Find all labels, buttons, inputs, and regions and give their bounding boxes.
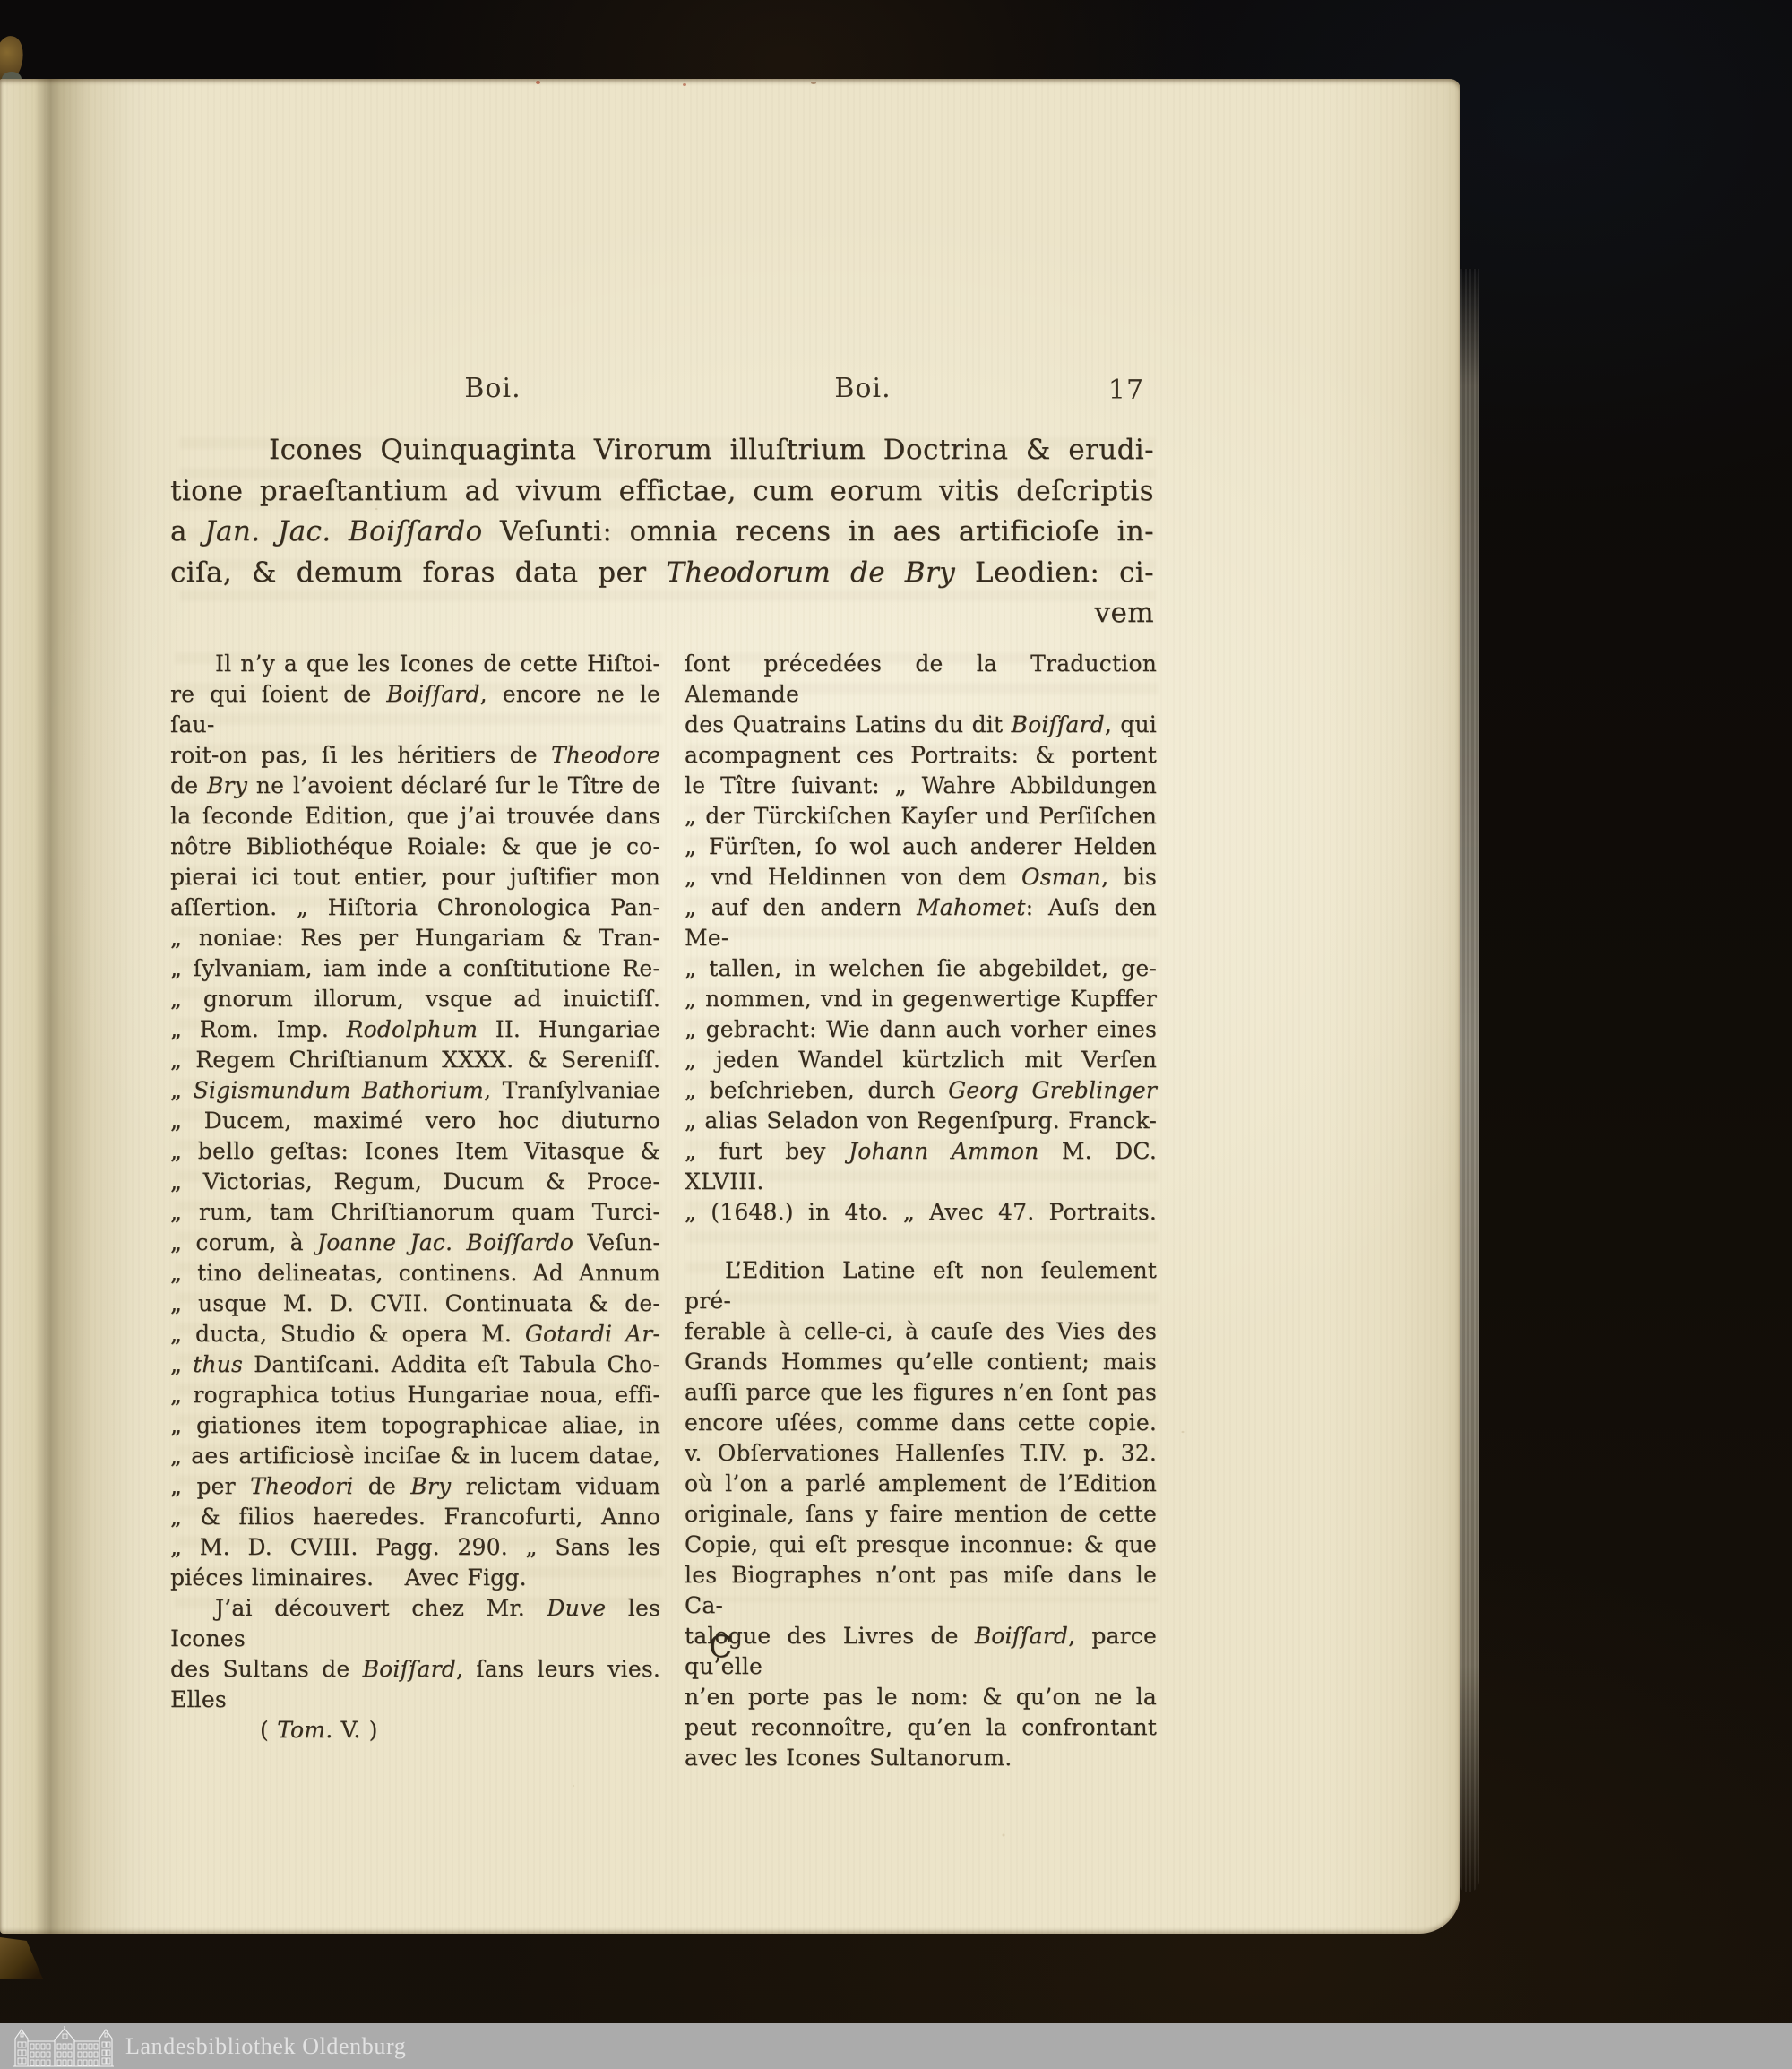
text-line: ferable à celle-ci, à cauſe des Vies des (685, 1316, 1157, 1347)
text-segment: „ der Türckiſchen Kayſer und Perſiſchen (685, 803, 1157, 829)
text-line: „ rographica totius Hungariae noua, effi… (170, 1380, 660, 1410)
text-segment: Mahomet (917, 894, 1026, 920)
text-segment: roit-on pas, ſi les héritiers de (170, 742, 551, 768)
text-segment: n’en porte pas le nom: & qu’on ne la (685, 1684, 1157, 1710)
text-segment: Duve (547, 1595, 606, 1621)
text-line: „ der Türckiſchen Kayſer und Perſiſchen (685, 801, 1157, 832)
text-segment: „ gnorum illorum, vsque ad inuictiſſ. (170, 986, 660, 1012)
catchword: vem (170, 593, 1154, 634)
text-segment: v. Obſervationes Hallenſes T.IV. p. 32. (685, 1440, 1157, 1466)
text-segment: relictam viduam (451, 1473, 660, 1499)
stain (536, 81, 540, 84)
text-line: „ Sigismundum Bathorium, Tranſylvaniae (170, 1075, 660, 1106)
text-segment: Veſun- (573, 1229, 660, 1255)
text-segment: , Tranſylvaniae (484, 1077, 660, 1103)
text-segment: avec les Icones Sultanorum. (685, 1745, 1012, 1771)
text-segment: Tom. (277, 1717, 332, 1743)
running-header-center: Boi. (800, 373, 926, 404)
text-line: „ per Theodori de Bry relictam viduam (170, 1471, 660, 1502)
text-segment: „ (170, 1351, 193, 1377)
text-segment: Veſunti: omnia recens in aes artificioſe… (483, 515, 1154, 547)
text-segment: ciſa, & demum foras data per (170, 556, 666, 589)
text-segment: des Sultans de (170, 1656, 363, 1682)
text-line: „ Fürſten, ſo wol auch anderer Helden (685, 832, 1157, 862)
text-segment: originale, ſans y faire mention de cette (685, 1501, 1157, 1527)
left-column: Il n’y a que les Icones de cette Hiſtoi-… (170, 649, 660, 1746)
text-line: „ Victorias, Regum, Ducum & Proce- (170, 1167, 660, 1197)
text-segment: „ beſchrieben, durch (685, 1077, 948, 1103)
text-segment: , bis (1101, 864, 1157, 890)
library-building-icon (13, 2026, 115, 2067)
text-segment: Rodolphum (347, 1016, 478, 1042)
text-segment: encore uſées, comme dans cette copie. (685, 1410, 1157, 1435)
text-line: aſſertion. „ Hiſtoria Chronologica Pan- (170, 892, 660, 923)
text-segment: Icones Quinquaginta Virorum illuſtrium D… (269, 434, 1154, 466)
text-segment: „ vnd Heldinnen von dem (685, 864, 1021, 890)
text-segment: Theodore (551, 742, 660, 768)
text-segment: „ (170, 1077, 194, 1103)
text-segment: „ usque M. D. CVII. Continuata & de- (170, 1290, 660, 1316)
text-segment: „ gebracht: Wie dann auch vorher eines (685, 1016, 1157, 1042)
text-segment: Johann Ammon (849, 1138, 1038, 1164)
text-segment: Sigismundum Bathorium (194, 1077, 484, 1103)
text-line: piéces liminaires. Avec Figg. (170, 1563, 660, 1593)
text-line: „ rum, tam Chriſtianorum quam Turci- (170, 1197, 660, 1228)
text-line: v. Obſervationes Hallenſes T.IV. p. 32. (685, 1438, 1157, 1469)
text-segment: „ rographica totius Hungariae noua, effi… (170, 1382, 660, 1408)
text-segment: Boiſſard (363, 1656, 456, 1682)
text-segment: Jan. Jac. Boiſſardo (204, 515, 482, 547)
text-line: „ giationes item topographicae aliae, in (170, 1410, 660, 1441)
text-line: pierai ici tout entier, pour juſtifier m… (170, 862, 660, 892)
text-segment: Grands Hommes qu’elle contient; mais (685, 1349, 1157, 1375)
text-line: originale, ſans y faire mention de cette (685, 1499, 1157, 1530)
stain (683, 83, 686, 86)
text-segment: „ (1648.) in 4to. „ Avec 47. Portraits. (685, 1199, 1157, 1225)
text-segment: ne l’avoient déclaré ſur le Tître de (247, 772, 660, 798)
text-line: ciſa, & demum foras data per Theodorum d… (170, 553, 1154, 594)
title-paragraph: Icones Quinquaginta Virorum illuſtrium D… (170, 430, 1154, 634)
text-segment: „ tallen, in welchen ſie abgebildet, ge- (685, 955, 1157, 981)
text-line: Grands Hommes qu’elle contient; mais (685, 1347, 1157, 1377)
text-segment: pierai ici tout entier, pour juſtifier m… (170, 864, 660, 890)
text-segment: „ Victorias, Regum, Ducum & Proce- (170, 1168, 660, 1194)
text-segment: vem (1095, 597, 1154, 629)
text-segment: „ giationes item topographicae aliae, in (170, 1412, 660, 1438)
text-segment: ſont précedées de la Traduction Alemande (685, 651, 1157, 707)
text-line: re qui ſoient de Boiſſard, encore ne le … (170, 679, 660, 740)
text-segment: „ per (170, 1473, 250, 1499)
text-line: Il n’y a que les Icones de cette Hiſtoi- (170, 649, 660, 679)
volume-note: ( Tom. V. ) (170, 1715, 660, 1746)
text-segment: Dantiſcani. Addita eſt Tabula Cho- (243, 1351, 660, 1377)
text-line: „ gebracht: Wie dann auch vorher eines (685, 1014, 1157, 1045)
text-segment: Bry (410, 1473, 451, 1499)
text-segment: „ & filios haeredes. Francofurti, Anno (170, 1504, 660, 1530)
text-segment: „ nommen, vnd in gegenwertige Kupffer (685, 986, 1157, 1012)
text-line: n’en porte pas le nom: & qu’on ne la (685, 1682, 1157, 1712)
footer-credit-label: Landesbibliothek Oldenburg (125, 2033, 406, 2060)
text-segment: „ bello geſtas: Icones Item Vitasque & (170, 1138, 660, 1164)
text-segment: thus (193, 1351, 243, 1377)
text-segment: a (170, 515, 204, 547)
text-line: J’ai découvert chez Mr. Duve les Icones (170, 1593, 660, 1654)
text-line: la ſeconde Edition, que j’ai trouvée dan… (170, 801, 660, 832)
text-line: „ tino delineatas, continens. Ad Annum (170, 1258, 660, 1289)
text-line: „ aes artificiosè inciſae & in lucem dat… (170, 1441, 660, 1471)
right-column: ſont précedées de la Traduction Alemande… (685, 649, 1157, 1773)
text-segment: „ Regem Chriſtianum XXXX. & Sereniſſ. (170, 1047, 660, 1073)
text-line: talogue des Livres de Boiſſard, parce qu… (685, 1621, 1157, 1682)
text-line: roit-on pas, ſi les héritiers de Theodor… (170, 740, 660, 771)
text-segment: de (353, 1473, 410, 1499)
text-line: „ ducta, Studio & opera M. Gotardi Ar- (170, 1319, 660, 1349)
text-line: avec les Icones Sultanorum. (685, 1743, 1157, 1773)
text-segment: piéces liminaires. Avec Figg. (170, 1565, 527, 1591)
text-segment: Georg Greblinger (948, 1077, 1157, 1103)
text-segment: Bry (207, 772, 247, 798)
text-segment: Boiſſard (386, 681, 479, 707)
text-segment: II. Hungariae (478, 1016, 660, 1042)
text-segment: „ rum, tam Chriſtianorum quam Turci- (170, 1199, 660, 1225)
text-line: „ furt bey Johann Ammon M. DC. XLVIII. (685, 1136, 1157, 1197)
text-line: les Biographes n’ont pas miſe dans le Ca… (685, 1560, 1157, 1621)
text-line: „ ſylvaniam, iam inde a conſtitutione Re… (170, 953, 660, 984)
text-segment: „ ſylvaniam, iam inde a conſtitutione Re… (170, 955, 660, 981)
text-line: „ usque M. D. CVII. Continuata & de- (170, 1289, 660, 1319)
text-segment: Leodien: ci- (955, 556, 1154, 589)
book-board-corner (0, 1935, 43, 1979)
text-line: auſſi parce que les figures n’en ſont pa… (685, 1377, 1157, 1408)
text-segment: la ſeconde Edition, que j’ai trouvée dan… (170, 803, 660, 829)
text-line: „ noniae: Res per Hungariam & Tran- (170, 923, 660, 953)
text-segment: „ aes artificiosè inciſae & in lucem dat… (170, 1443, 660, 1469)
text-segment: V. ) (332, 1717, 377, 1743)
text-line: ſont précedées de la Traduction Alemande (685, 649, 1157, 710)
text-line: des Quatrains Latins du dit Boiſſard, qu… (685, 710, 1157, 740)
text-line: a Jan. Jac. Boiſſardo Veſunti: omnia rec… (170, 512, 1154, 553)
text-line: L’Edition Latine eſt non ſeulement pré- (685, 1255, 1157, 1316)
text-segment: „ Fürſten, ſo wol auch anderer Helden (685, 833, 1157, 859)
text-segment: „ jeden Wandel kürtzlich mit Verſen (685, 1047, 1157, 1073)
text-line: „ Rom. Imp. Rodolphum II. Hungariae (170, 1014, 660, 1045)
book-fore-edge (1460, 269, 1479, 1892)
text-segment: „ alias Seladon von Regenſpurg. Franck- (685, 1108, 1157, 1134)
text-segment: , qui (1105, 711, 1157, 737)
text-segment: de (170, 772, 207, 798)
building-windows (18, 2033, 110, 2065)
text-line: „ (1648.) in 4to. „ Avec 47. Portraits. (685, 1197, 1157, 1228)
text-segment: „ ducta, Studio & opera M. (170, 1321, 525, 1347)
text-segment: peut reconnoître, qu’en la confrontant (685, 1714, 1157, 1740)
text-line: „ auf den andern Mahomet: Auſs den Me- (685, 892, 1157, 953)
text-segment: tione praeſtantium ad vivum effictae, cu… (170, 475, 1154, 507)
text-line: peut reconnoître, qu’en la confrontant (685, 1712, 1157, 1743)
text-segment: L’Edition Latine eſt non ſeulement pré- (685, 1257, 1157, 1314)
text-segment: Il n’y a que les Icones de cette Hiſtoi- (215, 651, 660, 677)
text-segment: „ corum, à (170, 1229, 317, 1255)
text-line: „ Ducem, maximé vero hoc diuturno (170, 1106, 660, 1136)
text-line: „ & filios haeredes. Francofurti, Anno (170, 1502, 660, 1532)
text-line: „ corum, à Joanne Jac. Boiſſardo Veſun- (170, 1228, 660, 1258)
text-line: Copie, qui eſt presque inconnue: & que (685, 1530, 1157, 1560)
text-line: encore uſées, comme dans cette copie. (685, 1408, 1157, 1438)
text-segment: Joanne Jac. Boiſſardo (317, 1229, 573, 1255)
text-line: le Tître ſuivant: „ Wahre Abbildungen (685, 771, 1157, 801)
text-line: où l’on a parlé amplement de l’Edition (685, 1469, 1157, 1499)
text-segment: „ auf den andern (685, 894, 917, 920)
text-segment: aſſertion. „ Hiſtoria Chronologica Pan- (170, 894, 660, 920)
text-segment: les Biographes n’ont pas miſe dans le Ca… (685, 1562, 1157, 1618)
stain (811, 82, 816, 84)
text-segment: „ noniae: Res per Hungariam & Tran- (170, 925, 660, 951)
text-line: tione praeſtantium ad vivum effictae, cu… (170, 471, 1154, 513)
text-segment: „ M. D. CVIII. Pagg. 290. „ Sans les (170, 1534, 660, 1560)
text-line: des Sultans de Boiſſard, ſans leurs vies… (170, 1654, 660, 1715)
text-line: „ alias Seladon von Regenſpurg. Franck- (685, 1106, 1157, 1136)
text-line: „ nommen, vnd in gegenwertige Kupffer (685, 984, 1157, 1014)
text-line: „ thus Dantiſcani. Addita eſt Tabula Cho… (170, 1349, 660, 1380)
text-line: „ Regem Chriſtianum XXXX. & Sereniſſ. (170, 1045, 660, 1075)
text-line: acompagnent ces Portraits: & portent (685, 740, 1157, 771)
signature-mark: C (709, 1629, 732, 1665)
text-segment: J’ai découvert chez Mr. (215, 1595, 547, 1621)
text-line: „ vnd Heldinnen von dem Osman, bis (685, 862, 1157, 892)
text-line: nôtre Bibliothéque Roiale: & que je co- (170, 832, 660, 862)
text-segment: Theodori (250, 1473, 353, 1499)
text-segment: Gotardi Ar- (525, 1321, 660, 1347)
text-segment: ( (260, 1717, 277, 1743)
text-segment: „ Rom. Imp. (170, 1016, 347, 1042)
text-segment: Boiſſard (975, 1623, 1068, 1649)
text-line: „ M. D. CVIII. Pagg. 290. „ Sans les (170, 1532, 660, 1563)
text-segment: Osman (1021, 864, 1101, 890)
page-number: 17 (1064, 375, 1189, 406)
text-line: „ gnorum illorum, vsque ad inuictiſſ. (170, 984, 660, 1014)
text-line: „ bello geſtas: Icones Item Vitasque & (170, 1136, 660, 1167)
text-segment: acompagnent ces Portraits: & portent (685, 742, 1157, 768)
text-segment: „ tino delineatas, continens. Ad Annum (170, 1260, 660, 1286)
text-segment: des Quatrains Latins du dit (685, 711, 1012, 737)
text-segment: auſſi parce que les figures n’en ſont pa… (685, 1379, 1157, 1405)
text-line: Icones Quinquaginta Virorum illuſtrium D… (170, 430, 1154, 471)
text-line: „ jeden Wandel kürtzlich mit Verſen (685, 1045, 1157, 1075)
text-line: „ tallen, in welchen ſie abgebildet, ge- (685, 953, 1157, 984)
text-segment: nôtre Bibliothéque Roiale: & que je co- (170, 833, 660, 859)
text-segment: „ Ducem, maximé vero hoc diuturno (170, 1108, 660, 1134)
text-segment: Boiſſard (1012, 711, 1105, 737)
text-segment: le Tître ſuivant: „ Wahre Abbildungen (685, 772, 1157, 798)
footer-credit-bar: Landesbibliothek Oldenburg (0, 2023, 1792, 2069)
text-line: de Bry ne l’avoient déclaré ſur le Tître… (170, 771, 660, 801)
text-segment: Theodorum de Bry (666, 556, 955, 589)
text-line: „ beſchrieben, durch Georg Greblinger (685, 1075, 1157, 1106)
book-page: Boi. Boi. 17 Icones Quinquaginta Virorum… (0, 79, 1460, 1934)
running-header-left: Boi. (430, 373, 556, 404)
text-segment: „ furt bey (685, 1138, 849, 1164)
text-segment: Copie, qui eſt presque inconnue: & que (685, 1531, 1157, 1557)
text-segment: ferable à celle-ci, à cauſe des Vies des (685, 1318, 1157, 1344)
text-segment: re qui ſoient de (170, 681, 386, 707)
text-segment: où l’on a parlé amplement de l’Edition (685, 1470, 1157, 1496)
